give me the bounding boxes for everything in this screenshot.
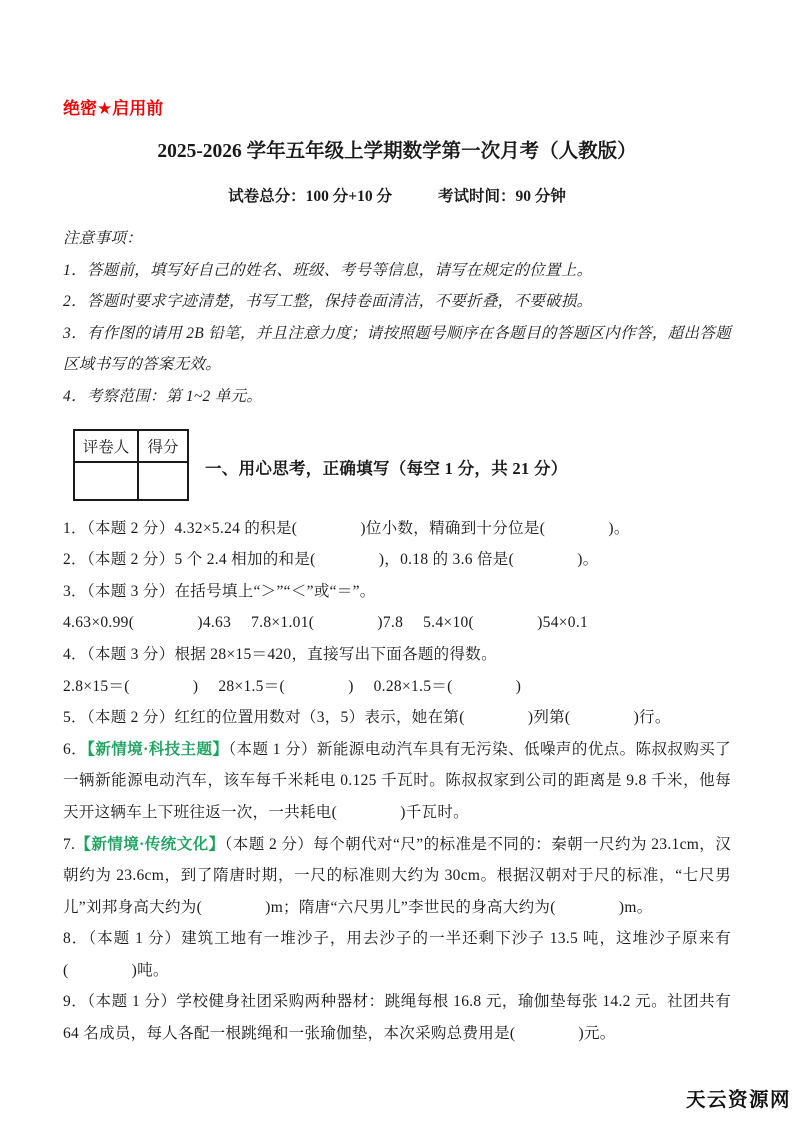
- security-banner: 绝密★启用前: [63, 97, 731, 121]
- question-6-theme-tag: 【新情境·科技主题】: [87, 741, 228, 758]
- question-2: 2．（本题 2 分）5 个 2.4 相加的和是( )，0.18 的 3.6 倍是…: [63, 544, 731, 576]
- question-4-items: 2.8×15＝( ) 28×1.5＝( ) 0.28×1.5＝( ): [63, 671, 731, 703]
- question-3-items: 4.63×0.99( )4.63 7.8×1.01( )7.8 5.4×10( …: [63, 607, 731, 639]
- note-item-1: 1．答题前，填写好自己的姓名、班级、考号等信息，请写在规定的位置上。: [63, 255, 731, 287]
- note-item-3: 3．有作图的请用 2B 铅笔，并且注意力度；请按照题号顺序在各题目的答题区内作答…: [63, 318, 731, 381]
- section-one-heading: 一、用心思考，正确填写（每空 1 分，共 21 分）: [205, 455, 568, 479]
- grading-table: 评卷人 得分: [73, 429, 189, 501]
- notes-section: 注意事项： 1．答题前，填写好自己的姓名、班级、考号等信息，请写在规定的位置上。…: [63, 223, 731, 413]
- page-content: 绝密★启用前 2025-2026 学年五年级上学期数学第一次月考（人教版） 试卷…: [63, 0, 731, 1050]
- question-6: 6．【新情境·科技主题】（本题 1 分）新能源电动汽车具有无污染、低噪声的优点。…: [63, 734, 731, 829]
- examiner-blank-cell: [74, 462, 138, 500]
- note-item-4: 4．考察范围：第 1~2 单元。: [63, 381, 731, 413]
- question-1: 1．（本题 2 分）4.32×5.24 的积是( )位小数，精确到十分位是( )…: [63, 513, 731, 545]
- exam-paper-page: 绝密★启用前 2025-2026 学年五年级上学期数学第一次月考（人教版） 试卷…: [0, 0, 793, 1122]
- question-3: 3．（本题 3 分）在括号填上“＞”“＜”或“＝”。: [63, 576, 731, 608]
- question-list: 1．（本题 2 分）4.32×5.24 的积是( )位小数，精确到十分位是( )…: [63, 513, 731, 1050]
- question-9: 9．（本题 1 分）学校健身社团采购两种器材：跳绳每根 16.8 元，瑜伽垫每张…: [63, 986, 731, 1049]
- question-7: 7.【新情境·传统文化】（本题 2 分）每个朝代对“尺”的标准是不同的：秦朝一尺…: [63, 829, 731, 924]
- score-header-cell: 得分: [138, 430, 188, 462]
- question-7-theme-tag: 【新情境·传统文化】: [75, 836, 224, 853]
- site-watermark: 天云资源网: [686, 1084, 791, 1112]
- note-item-2: 2．答题时要求字迹清楚，书写工整，保持卷面清洁，不要折叠，不要破损。: [63, 286, 731, 318]
- score-blank-cell: [138, 462, 188, 500]
- total-score-label: 试卷总分：100 分+10 分: [228, 185, 392, 209]
- exam-meta: 试卷总分：100 分+10 分 考试时间：90 分钟: [63, 185, 731, 209]
- notes-heading: 注意事项：: [63, 223, 731, 255]
- exam-time-label: 考试时间：90 分钟: [438, 185, 566, 209]
- question-4: 4．（本题 3 分）根据 28×15＝420，直接写出下面各题的得数。: [63, 639, 731, 671]
- question-5: 5．（本题 2 分）红红的位置用数对（3，5）表示，她在第( )列第( )行。: [63, 702, 731, 734]
- question-6-number: 6．: [63, 741, 87, 758]
- grading-row: 评卷人 得分 一、用心思考，正确填写（每空 1 分，共 21 分）: [63, 429, 731, 505]
- exam-title: 2025-2026 学年五年级上学期数学第一次月考（人教版）: [63, 139, 731, 165]
- examiner-header-cell: 评卷人: [74, 430, 138, 462]
- question-7-number: 7.: [63, 836, 75, 853]
- question-8: 8．（本题 1 分）建筑工地有一堆沙子，用去沙子的一半还剩下沙子 13.5 吨，…: [63, 923, 731, 986]
